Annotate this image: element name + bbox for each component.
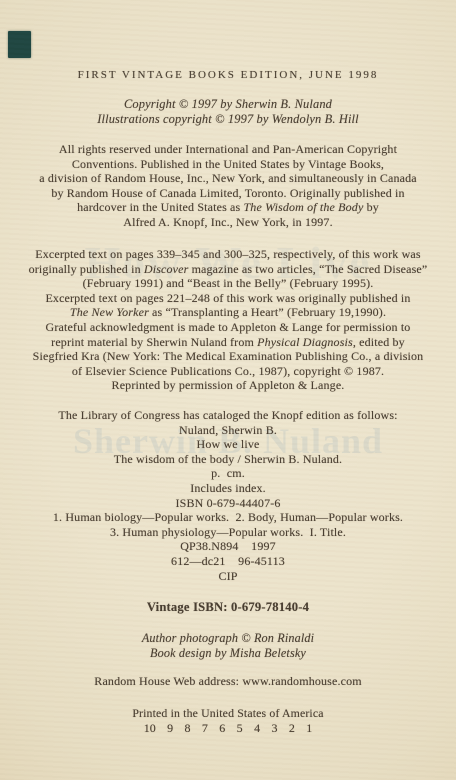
text-segment: 3. Human physiology—Popular works. I. Ti… (110, 525, 346, 539)
printed-in-usa-line: Printed in the United States of America (0, 706, 456, 721)
text-line: Copyright © 1997 by Sherwin B. Nuland (0, 97, 456, 112)
text-line: QP38.N894 1997 (0, 539, 456, 554)
text-segment: as “Transplanting a Heart” (February 19,… (149, 305, 386, 319)
excerpt-acknowledgments-block: Excerpted text on pages 339–345 and 300–… (0, 247, 456, 393)
text-segment: All rights reserved under International … (59, 142, 397, 156)
text-line: ISBN 0-679-44407-6 (0, 496, 456, 511)
edition-heading: FIRST VINTAGE BOOKS EDITION, JUNE 1998 (0, 69, 456, 81)
text-segment: by (363, 200, 378, 214)
text-segment: Includes index. (190, 481, 266, 495)
text-line: 1. Human biology—Popular works. 2. Body,… (0, 510, 456, 525)
italic-text-segment: The Wisdom of the Body (243, 200, 363, 214)
library-of-congress-block: The Library of Congress has cataloged th… (0, 408, 456, 583)
text-line: a division of Random House, Inc., New Yo… (0, 171, 456, 186)
rights-reserved-block: All rights reserved under International … (0, 142, 456, 230)
text-line: CIP (0, 569, 456, 584)
text-segment: Excerpted text on pages 339–345 and 300–… (35, 247, 420, 261)
italic-text-segment: Copyright © 1997 by Sherwin B. Nuland (124, 97, 332, 111)
text-segment: of Elsevier Science Publications Co., 19… (72, 364, 384, 378)
text-line: The New Yorker as “Transplanting a Heart… (0, 305, 456, 320)
text-segment: Grateful acknowledgment is made to Apple… (46, 320, 411, 334)
italic-text-segment: Author photograph © Ron Rinaldi (142, 631, 314, 645)
text-segment: Excerpted text on pages 221–248 of this … (45, 291, 410, 305)
text-segment: The wisdom of the body / Sherwin B. Nula… (114, 452, 342, 466)
text-line: (February 1991) and “Beast in the Belly”… (0, 276, 456, 291)
text-line: The wisdom of the body / Sherwin B. Nula… (0, 452, 456, 467)
text-line: 612—dc21 96-45113 (0, 554, 456, 569)
text-segment: QP38.N894 1997 (180, 539, 276, 553)
vintage-isbn-line: Vintage ISBN: 0-679-78140-4 (0, 600, 456, 615)
text-line: by Random House of Canada Limited, Toron… (0, 186, 456, 201)
cover-corner-mark (8, 31, 31, 58)
text-segment: p. cm. (211, 466, 245, 480)
text-line: of Elsevier Science Publications Co., 19… (0, 364, 456, 379)
design-credits-block: Author photograph © Ron RinaldiBook desi… (0, 631, 456, 661)
text-segment: Nuland, Sherwin B. (179, 423, 277, 437)
text-segment: by Random House of Canada Limited, Toron… (51, 186, 404, 200)
text-segment: magazine as two articles, “The Sacred Di… (188, 262, 427, 276)
text-line: Excerpted text on pages 221–248 of this … (0, 291, 456, 306)
text-segment: CIP (218, 569, 237, 583)
text-segment: Conventions. Published in the United Sta… (72, 157, 384, 171)
text-segment: a division of Random House, Inc., New Yo… (39, 171, 416, 185)
text-line: Excerpted text on pages 339–345 and 300–… (0, 247, 456, 262)
printers-key-line: 10 9 8 7 6 5 4 3 2 1 (0, 721, 456, 736)
text-line: Siegfried Kra (New York: The Medical Exa… (0, 349, 456, 364)
text-segment: , edited by (353, 335, 405, 349)
text-line: Book design by Misha Beletsky (0, 646, 456, 661)
italic-text-segment: Discover (144, 262, 189, 276)
text-line: Author photograph © Ron Rinaldi (0, 631, 456, 646)
text-line: hardcover in the United States as The Wi… (0, 200, 456, 215)
copyright-page: How We Live Sherwin B. Nuland FIRST VINT… (0, 0, 456, 780)
text-segment: ISBN 0-679-44407-6 (175, 496, 280, 510)
text-segment: Alfred A. Knopf, Inc., New York, in 1997… (123, 215, 332, 229)
italic-text-segment: Physical Diagnosis (257, 335, 353, 349)
text-segment: reprint material by Sherwin Nuland from (51, 335, 257, 349)
text-line: Alfred A. Knopf, Inc., New York, in 1997… (0, 215, 456, 230)
text-line: How we live (0, 437, 456, 452)
text-segment: 1. Human biology—Popular works. 2. Body,… (53, 510, 403, 524)
text-line: All rights reserved under International … (0, 142, 456, 157)
text-segment: Siegfried Kra (New York: The Medical Exa… (33, 349, 424, 363)
text-line: Grateful acknowledgment is made to Apple… (0, 320, 456, 335)
text-line: Reprinted by permission of Appleton & La… (0, 378, 456, 393)
italic-text-segment: Book design by Misha Beletsky (150, 646, 306, 660)
italic-text-segment: Illustrations copyright © 1997 by Wendol… (97, 112, 359, 126)
text-segment: 612—dc21 96-45113 (171, 554, 285, 568)
italic-text-segment: The New Yorker (70, 305, 149, 319)
text-line: Includes index. (0, 481, 456, 496)
text-line: p. cm. (0, 466, 456, 481)
text-line: Illustrations copyright © 1997 by Wendol… (0, 112, 456, 127)
text-line: originally published in Discover magazin… (0, 262, 456, 277)
text-line: Nuland, Sherwin B. (0, 423, 456, 438)
text-segment: How we live (197, 437, 260, 451)
copyright-block: Copyright © 1997 by Sherwin B. NulandIll… (0, 97, 456, 127)
text-segment: The Library of Congress has cataloged th… (58, 408, 397, 422)
text-segment: hardcover in the United States as (77, 200, 243, 214)
text-line: Conventions. Published in the United Sta… (0, 157, 456, 172)
text-segment: originally published in (29, 262, 144, 276)
text-segment: (February 1991) and “Beast in the Belly”… (83, 276, 374, 290)
text-line: reprint material by Sherwin Nuland from … (0, 335, 456, 350)
text-line: The Library of Congress has cataloged th… (0, 408, 456, 423)
text-segment: Reprinted by permission of Appleton & La… (112, 378, 345, 392)
web-address-line: Random House Web address: www.randomhous… (0, 674, 456, 689)
text-line: 3. Human physiology—Popular works. I. Ti… (0, 525, 456, 540)
